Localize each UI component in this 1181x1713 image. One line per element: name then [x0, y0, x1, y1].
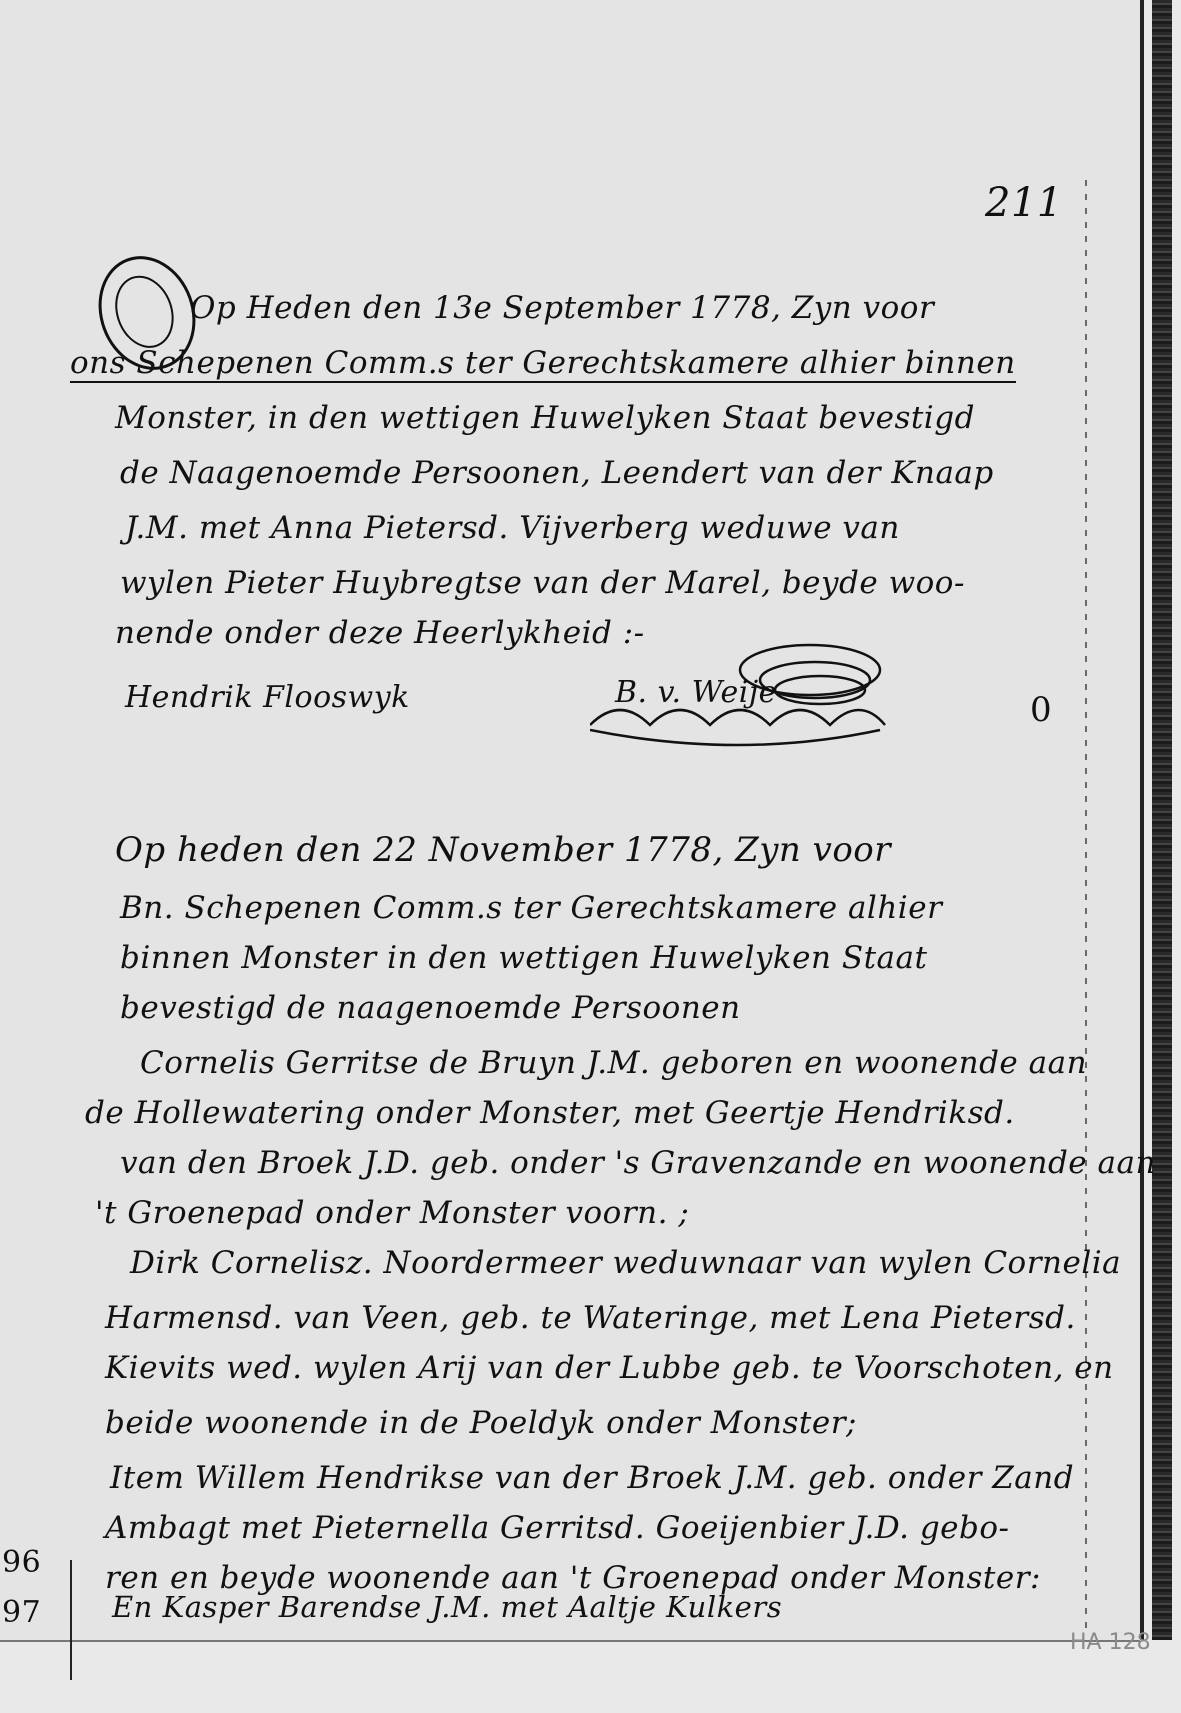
entry-1-line-4: de Naagenoemde Persoonen, Leendert van d… — [120, 455, 994, 491]
entry-2-line-1: Op heden den 22 November 1778, Zyn voor — [115, 830, 891, 870]
margin-number-97: 97 — [2, 1595, 41, 1630]
entry-2-line-13: Item Willem Hendrikse van der Broek J.M.… — [110, 1460, 1074, 1496]
right-margin-mark: 0 — [1030, 690, 1052, 730]
entry-1-line-6: wylen Pieter Huybregtse van der Marel, b… — [120, 565, 965, 601]
page-number: 211 — [985, 180, 1063, 226]
signature-1: Hendrik Flooswyk — [125, 680, 410, 715]
entry-2-line-11: Kievits wed. wylen Arij van der Lubbe ge… — [105, 1350, 1114, 1386]
entry-2-line-2: Bn. Schepenen Comm.s ter Gerechtskamere … — [120, 890, 942, 926]
entry-2-line-5: Cornelis Gerritse de Bruyn J.M. geboren … — [140, 1045, 1087, 1081]
entry-2-line-14: Ambagt met Pieternella Gerritsd. Goeijen… — [105, 1510, 1010, 1546]
entry-2-line-6: de Hollewatering onder Monster, met Geer… — [85, 1095, 1015, 1131]
binding-edge-line — [1140, 0, 1144, 1640]
entry-1-line-3: Monster, in den wettigen Huwelyken Staat… — [115, 400, 975, 436]
entry-2-line-3: binnen Monster in den wettigen Huwelyken… — [120, 940, 927, 976]
entry-2-line-4: bevestigd de naagenoemde Persoonen — [120, 990, 741, 1026]
entry-1-line-2: ons Schepenen Comm.s ter Gerechtskamere … — [70, 345, 1016, 383]
archive-stamp: HA 128 — [1070, 1630, 1151, 1655]
scan-artifact-line — [1085, 180, 1087, 1630]
entry-2-line-9: Dirk Cornelisz. Noordermeer weduwnaar va… — [130, 1245, 1121, 1281]
entry-2-line-12: beide woonende in de Poeldyk onder Monst… — [105, 1405, 857, 1441]
entry-2-line-8: 't Groenepad onder Monster voorn. ; — [95, 1195, 689, 1231]
margin-bracket — [70, 1560, 72, 1680]
entry-1-line-7: nende onder deze Heerlykheid :- — [115, 615, 645, 651]
register-page: 211 Op Heden den 13e September 1778, Zyn… — [0, 0, 1140, 1642]
binding-band — [1152, 0, 1172, 1640]
signature-flourish-icon — [590, 640, 890, 750]
entry-1-line-1: Op Heden den 13e September 1778, Zyn voo… — [190, 290, 934, 326]
margin-number-96: 96 — [2, 1545, 41, 1580]
entry-2-line-10: Harmensd. van Veen, geb. te Wateringe, m… — [105, 1300, 1076, 1336]
entry-2-line-16: En Kasper Barendse J.M. met Aaltje Kulke… — [112, 1590, 782, 1624]
entry-1-line-5: J.M. met Anna Pietersd. Vijverberg weduw… — [125, 510, 900, 546]
entry-2-line-7: van den Broek J.D. geb. onder 's Gravenz… — [120, 1145, 1156, 1181]
